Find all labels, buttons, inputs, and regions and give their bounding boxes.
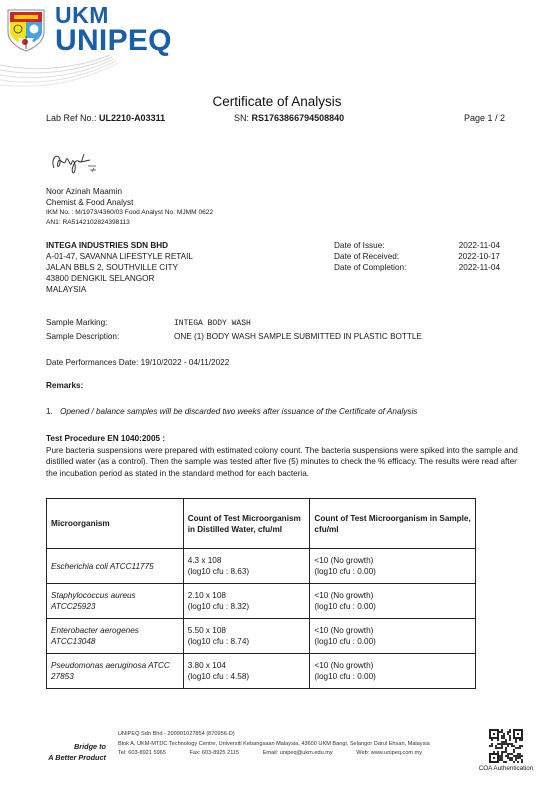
analyst-name: Noor Azinah Maamin xyxy=(46,186,213,197)
header-microorganism: Microorganism xyxy=(47,499,184,549)
water-count-cell: 2.10 x 108(log10 cfu : 8.32) xyxy=(183,584,310,619)
footer-info: UNIPEQ Sdn Bhd - 200901027854 (870956-D)… xyxy=(118,730,430,759)
sample-log: (log10 cfu : 0.00) xyxy=(314,671,471,682)
date-value: 2022-11-04 xyxy=(459,240,500,251)
organism-cell: Pseudomonas aeruginosa ATCC 27853 xyxy=(47,654,184,689)
footer-company: UNIPEQ Sdn Bhd - 200901027854 (870956-D) xyxy=(118,730,430,740)
organism: Staphylococcus aureus ATCC25923 xyxy=(51,590,179,612)
tagline-line-1: Bridge to xyxy=(48,741,106,752)
document-title: Certificate of Analysis xyxy=(0,94,554,109)
results-table: Microorganism Count of Test Microorganis… xyxy=(46,498,476,689)
sample-count-cell: <10 (No growth)(log10 cfu : 0.00) xyxy=(310,654,476,689)
water-count-cell: 5.50 x 108(log10 cfu : 8.74) xyxy=(183,619,310,654)
water-count: 5.50 x 108 xyxy=(188,625,306,636)
water-count-cell: 4.3 x 108(log10 cfu : 8.63) xyxy=(183,549,310,584)
water-count: 4.3 x 108 xyxy=(188,555,306,566)
lab-ref-label: Lab Ref No.: xyxy=(46,113,97,123)
footer-tel: Tel: 603-8921 5965 xyxy=(118,750,166,756)
table-row: Enterobacter aerogenes ATCC130485.50 x 1… xyxy=(47,619,476,654)
sample-description-value: ONE (1) BODY WASH SAMPLE SUBMITTED IN PL… xyxy=(174,332,422,341)
date-value: 2022-11-04 xyxy=(459,262,500,273)
water-log: (log10 cfu : 8.74) xyxy=(188,636,306,647)
footer-contacts: Tel: 603-8921 5965 Fax: 603-8925 2115 Em… xyxy=(118,749,430,759)
date-label: Date of Received: xyxy=(334,251,399,262)
client-address: INTEGA INDUSTRIES SDN BHD A-01-47, SAVAN… xyxy=(46,240,193,295)
sample-description-label: Sample Description: xyxy=(46,330,174,343)
address-line: A-01-47, SAVANNA LIFESTYLE RETAIL xyxy=(46,251,193,262)
water-count: 2.10 x 108 xyxy=(188,590,306,601)
organism-cell: Enterobacter aerogenes ATCC13048 xyxy=(47,619,184,654)
organism-cell: Staphylococcus aureus ATCC25923 xyxy=(47,584,184,619)
remark-text: Opened / balance samples will be discard… xyxy=(60,407,417,416)
header-water-count: Count of Test Microorganism in Distilled… xyxy=(183,499,310,549)
footer-fax: Fax: 603-8925 2115 xyxy=(189,750,239,756)
sample-description: Sample Description:ONE (1) BODY WASH SAM… xyxy=(46,330,422,343)
sn-label: SN: xyxy=(234,113,249,123)
organism-cell: Escherichia coli ATCC11775 xyxy=(47,549,184,584)
sample-marking-value: INTEGA BODY WASH xyxy=(174,319,251,328)
ukm-crest-icon xyxy=(6,8,46,52)
date-issue: Date of Issue: 2022-11-04 xyxy=(334,240,500,251)
address-line: MALAYSIA xyxy=(46,284,193,295)
performance-dates: Date Performances Date: 19/10/2022 - 04/… xyxy=(46,358,229,367)
date-completion: Date of Completion: 2022-11-04 xyxy=(334,262,500,273)
analyst-an1: AN1: RA5142102824398113 xyxy=(46,218,213,228)
serial-number: SN: RS1763866794508840 xyxy=(234,113,344,123)
address-line: 43800 DENGKIL SELANGOR xyxy=(46,273,193,284)
footer-tagline: Bridge to A Better Product xyxy=(48,741,106,763)
procedure-heading: Test Procedure EN 1040:2005 : xyxy=(46,433,520,445)
water-count: 3.80 x 104 xyxy=(188,660,306,671)
sample-count: <10 (No growth) xyxy=(314,590,471,601)
sample-count: <10 (No growth) xyxy=(314,660,471,671)
sample-log: (log10 cfu : 0.00) xyxy=(314,566,471,577)
water-log: (log10 cfu : 4.58) xyxy=(188,671,306,682)
organism: Enterobacter aerogenes ATCC13048 xyxy=(51,625,179,647)
date-label: Date of Completion: xyxy=(334,262,406,273)
signature-image xyxy=(48,148,108,180)
analyst-block: Noor Azinah Maamin Chemist & Food Analys… xyxy=(46,186,213,228)
sample-log: (log10 cfu : 0.00) xyxy=(314,601,471,612)
water-log: (log10 cfu : 8.63) xyxy=(188,566,306,577)
table-row: Escherichia coli ATCC117754.3 x 108(log1… xyxy=(47,549,476,584)
table-row: Staphylococcus aureus ATCC259232.10 x 10… xyxy=(47,584,476,619)
date-received: Date of Received: 2022-10-17 xyxy=(334,251,500,262)
water-log: (log10 cfu : 8.32) xyxy=(188,601,306,612)
sample-info: Sample Marking:INTEGA BODY WASH Sample D… xyxy=(46,316,422,343)
brand-logo: UKM UNIPEQ xyxy=(55,4,172,56)
procedure-text: Pure bacteria suspensions were prepared … xyxy=(46,445,520,480)
qr-caption: COA Authentication xyxy=(462,765,550,772)
sample-log: (log10 cfu : 0.00) xyxy=(314,636,471,647)
table-row: Pseudomonas aeruginosa ATCC 278533.80 x … xyxy=(47,654,476,689)
sn-value: RS1763866794508840 xyxy=(252,113,345,123)
brand-line-2: UNIPEQ xyxy=(55,26,172,56)
sample-count-cell: <10 (No growth)(log10 cfu : 0.00) xyxy=(310,619,476,654)
remark-number: 1. xyxy=(46,407,60,416)
table-header-row: Microorganism Count of Test Microorganis… xyxy=(47,499,476,549)
page-number: Page 1 / 2 xyxy=(464,113,505,123)
water-count-cell: 3.80 x 104(log10 cfu : 4.58) xyxy=(183,654,310,689)
qr-code-icon[interactable] xyxy=(489,729,523,763)
sample-marking: Sample Marking:INTEGA BODY WASH xyxy=(46,316,422,330)
dates-block: Date of Issue: 2022-11-04 Date of Receiv… xyxy=(334,240,500,273)
footer-email[interactable]: Email: unipeq@ukm.edu.my xyxy=(263,750,333,756)
date-label: Date of Issue: xyxy=(334,240,385,251)
remarks-heading: Remarks: xyxy=(46,381,83,390)
sample-count: <10 (No growth) xyxy=(314,625,471,636)
footer-address: Blok A, UKM-MTDC Technology Centre, Univ… xyxy=(118,740,430,750)
date-value: 2022-10-17 xyxy=(458,251,500,262)
sample-count: <10 (No growth) xyxy=(314,555,471,566)
tagline-line-2: A Better Product xyxy=(48,752,106,763)
lab-ref-value: UL2210-A03311 xyxy=(99,113,165,123)
analyst-role: Chemist & Food Analyst xyxy=(46,197,213,208)
remark-item: 1.Opened / balance samples will be disca… xyxy=(46,407,417,416)
footer-web[interactable]: Web: www.unipeq.com.my xyxy=(356,750,422,756)
lab-ref: Lab Ref No.: UL2210-A03311 xyxy=(46,113,165,123)
sample-marking-label: Sample Marking: xyxy=(46,316,174,329)
address-line: JALAN BBLS 2, SOUTHVILLE CITY xyxy=(46,262,193,273)
header-sample-count: Count of Test Microorganism in Sample, c… xyxy=(310,499,476,549)
test-procedure: Test Procedure EN 1040:2005 : Pure bacte… xyxy=(46,433,520,479)
sample-count-cell: <10 (No growth)(log10 cfu : 0.00) xyxy=(310,584,476,619)
organism: Escherichia coli ATCC11775 xyxy=(51,561,179,572)
analyst-ikm: IKM No. : M/1973/4360/03 Food Analyst No… xyxy=(46,208,213,218)
sample-count-cell: <10 (No growth)(log10 cfu : 0.00) xyxy=(310,549,476,584)
decorative-swoosh xyxy=(0,55,130,90)
client-company: INTEGA INDUSTRIES SDN BHD xyxy=(46,240,193,251)
organism: Pseudomonas aeruginosa ATCC 27853 xyxy=(51,660,179,682)
